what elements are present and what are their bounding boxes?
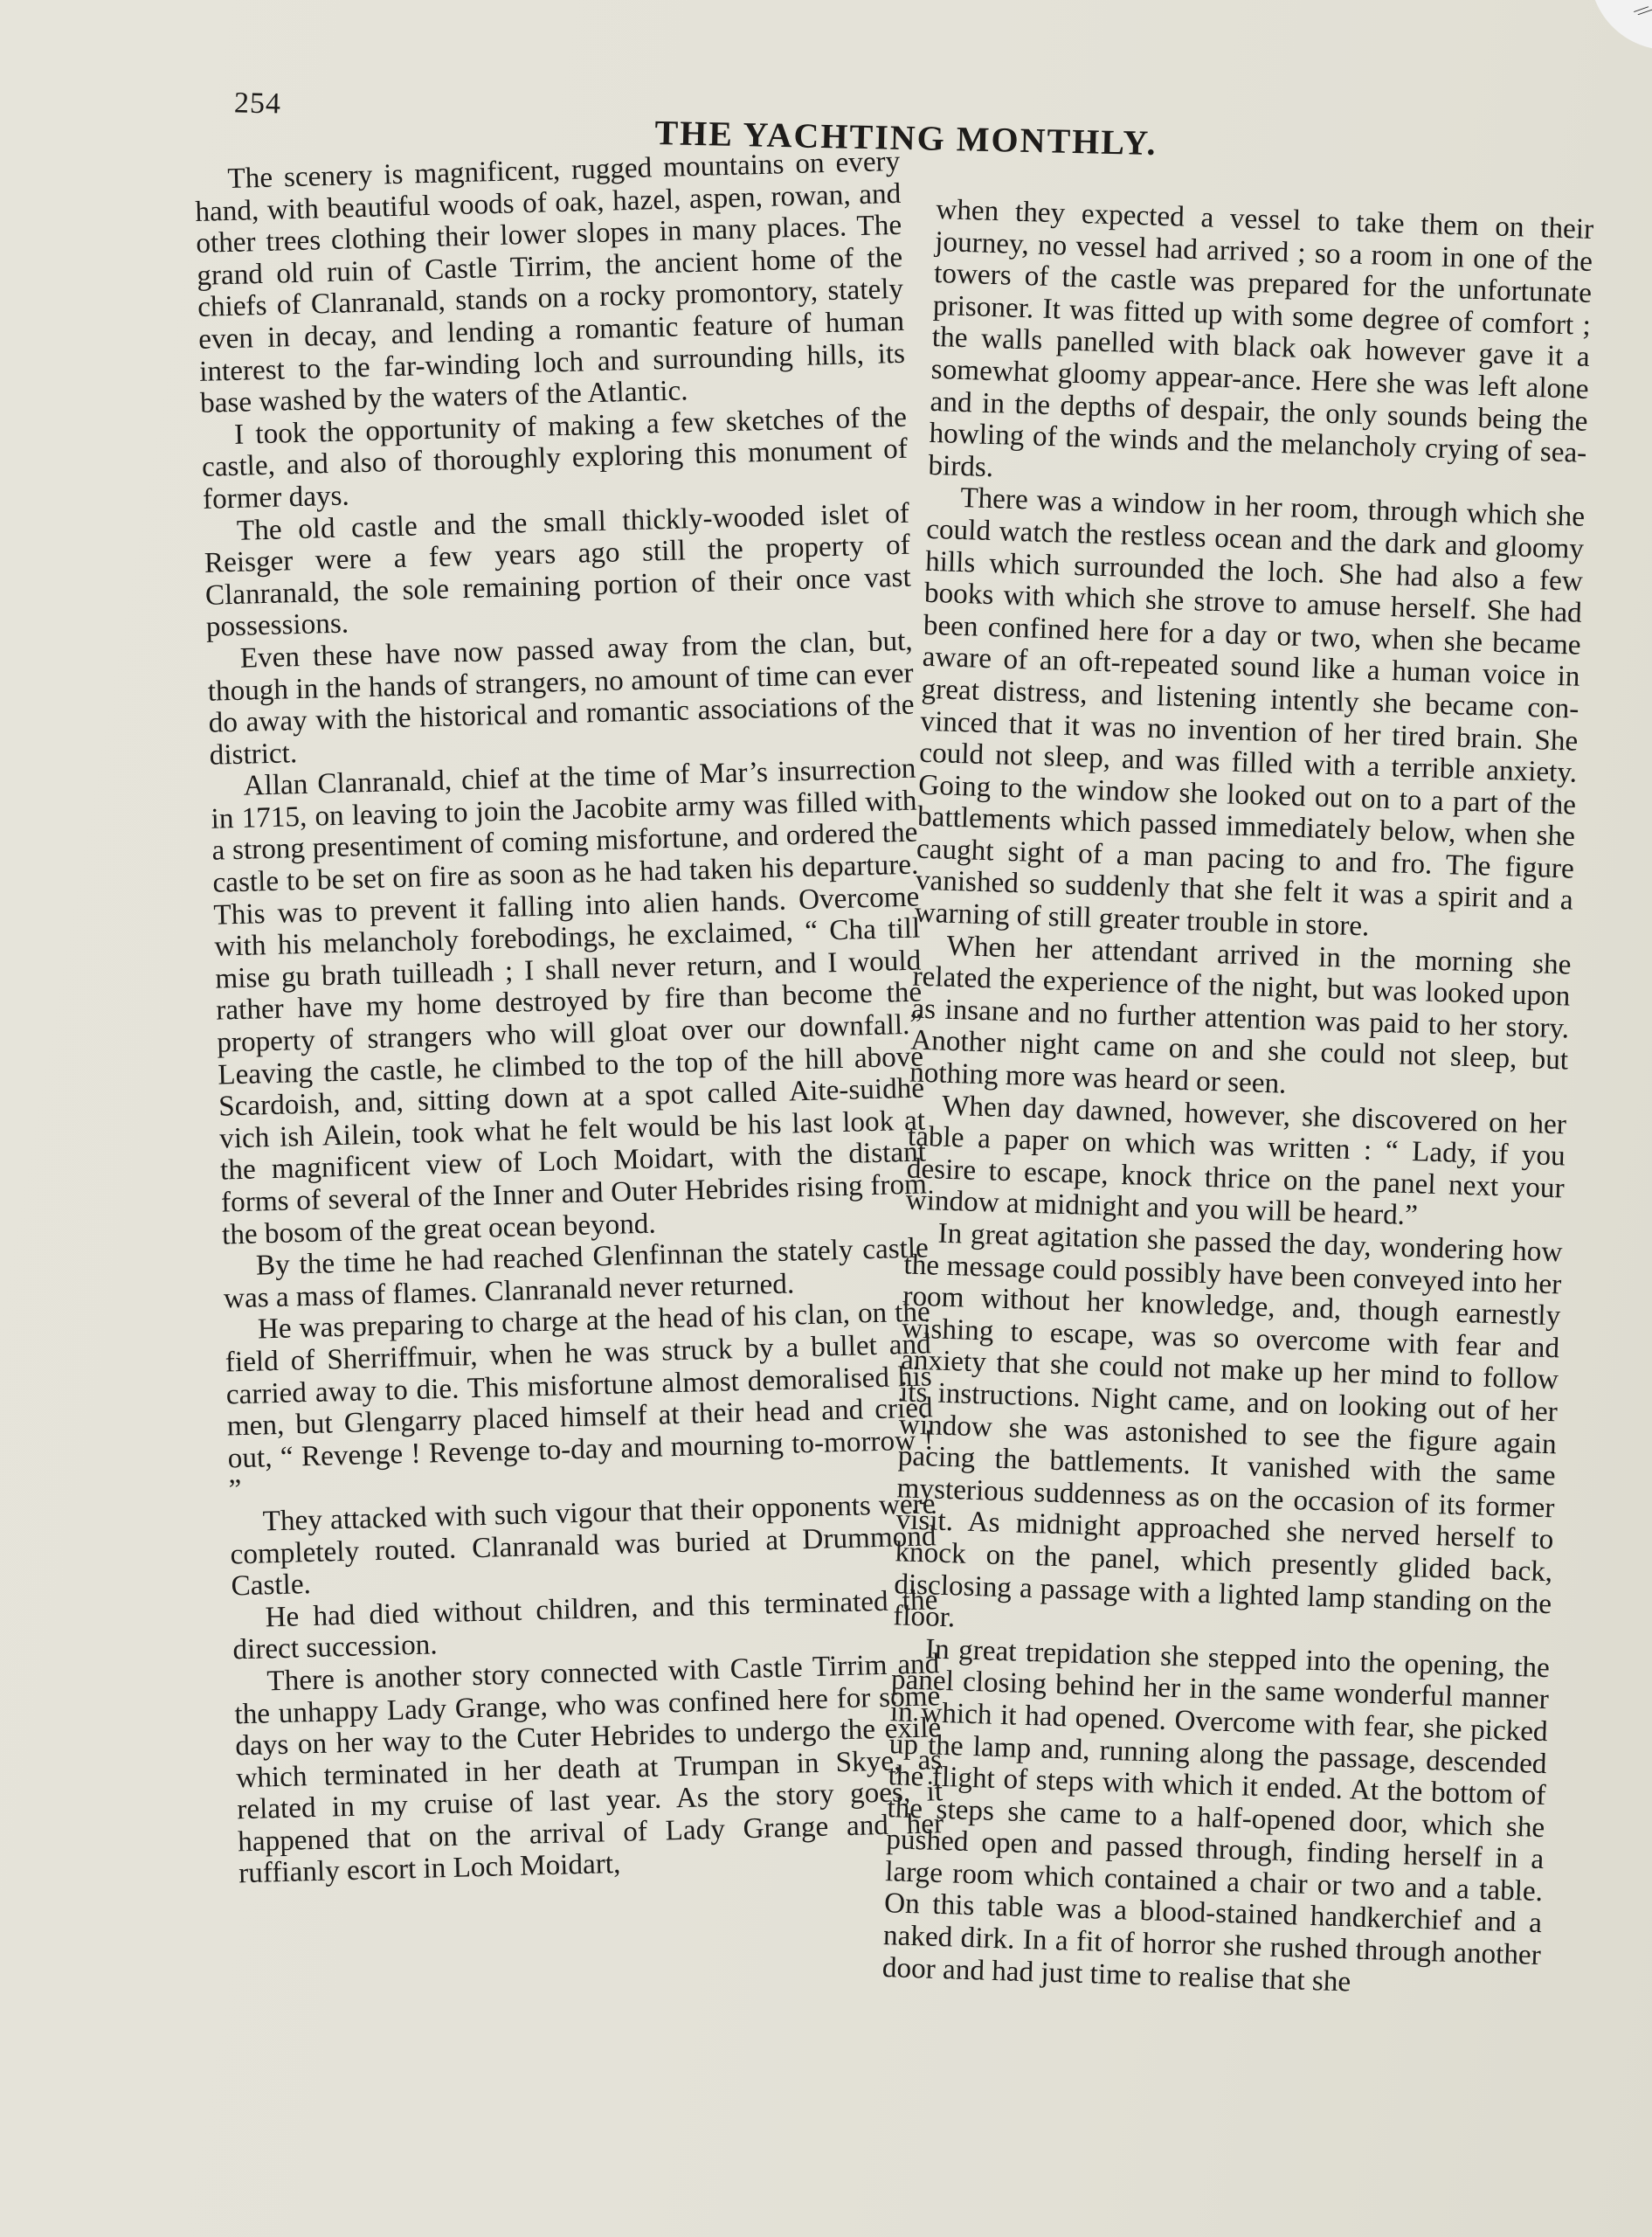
paragraph: The old castle and the small thickly-woo… bbox=[204, 497, 913, 643]
paragraph: I took the opportunity of making a few s… bbox=[201, 401, 909, 516]
paragraph: Even these have now passed away from the… bbox=[206, 626, 916, 772]
page-number: 254 bbox=[234, 87, 282, 121]
paragraph: When day dawned, however, she discovered… bbox=[905, 1089, 1566, 1236]
right-column: when they expected a vessel to take them… bbox=[881, 194, 1593, 2004]
paragraph: In great agitation she passed the day, w… bbox=[893, 1216, 1563, 1652]
paragraph: There was a window in her room, through … bbox=[914, 481, 1585, 949]
paragraph-continued: when they expected a vessel to take them… bbox=[928, 194, 1594, 502]
magazine-page: ⁄⁄ 254 THE YACHTING MONTHLY. The scenery… bbox=[0, 0, 1652, 2237]
paragraph: When her attendant arrived in the mornin… bbox=[909, 929, 1572, 1109]
paragraph: In great trepidation she stepped into th… bbox=[881, 1632, 1550, 2004]
paragraph: There is another story connected with Ca… bbox=[233, 1648, 944, 1890]
paragraph: Allan Clanranald, chief at the time of M… bbox=[210, 753, 928, 1251]
left-column: The scenery is magnificent, rugged mount… bbox=[194, 146, 944, 1891]
paragraph: He was preparing to charge at the head o… bbox=[224, 1297, 934, 1507]
paragraph: The scenery is magnificent, rugged mount… bbox=[194, 146, 906, 420]
